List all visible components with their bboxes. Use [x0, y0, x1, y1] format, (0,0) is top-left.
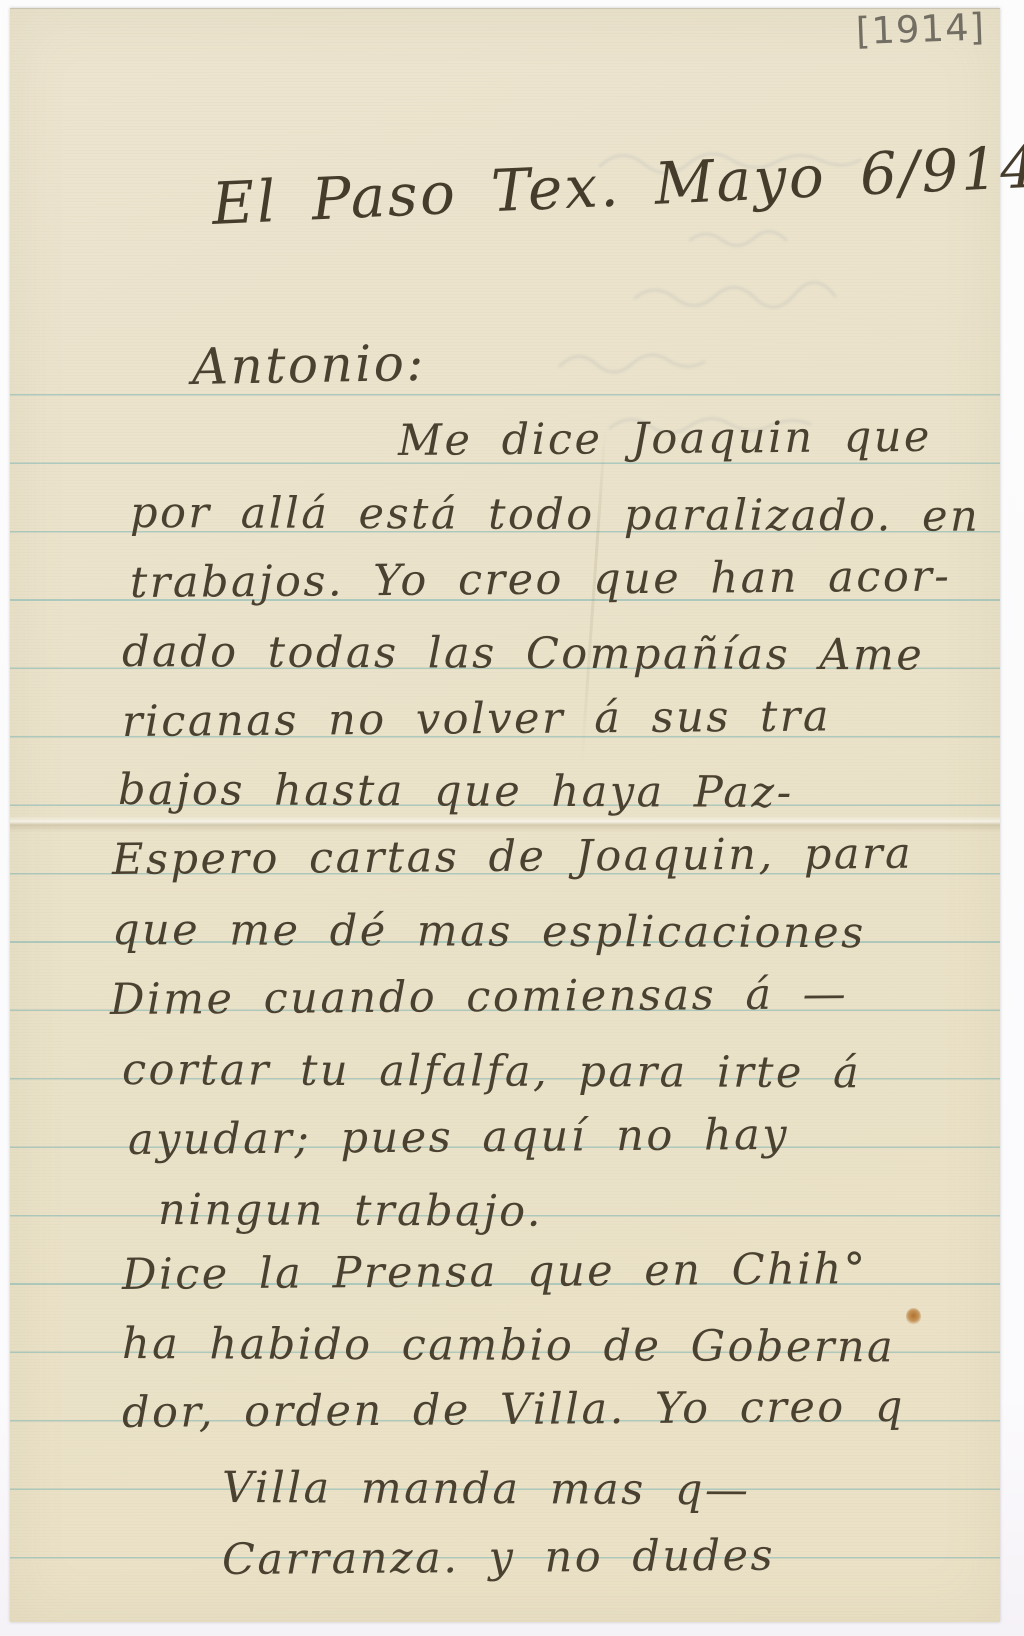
scan-background: [1914] El Paso Tex. Mayo 6/914 Antonio: … — [0, 0, 1024, 1636]
handwritten-line: ayudar; pues aquí no hay — [128, 1110, 789, 1165]
handwritten-line: dado todas las Compañías Ame — [122, 627, 924, 681]
handwritten-line: trabajos. Yo creo que han acor- — [130, 552, 952, 608]
handwritten-line: por allá está todo paralizado. en — [130, 488, 980, 542]
handwritten-line: Villa manda mas q— — [222, 1463, 751, 1515]
handwritten-line: Me dice Joaquin que — [398, 412, 932, 466]
handwritten-line: Dime cuando comiensas á — — [110, 969, 849, 1025]
handwritten-line: Espero cartas de Joaquin, para — [112, 829, 914, 885]
handwritten-line: dor, orden de Villa. Yo creo q — [122, 1382, 905, 1438]
archival-year-annotation: [1914] — [855, 6, 985, 53]
handwritten-line: cortar tu alfalfa, para irte á — [122, 1045, 861, 1098]
handwritten-line: ningun trabajo. — [158, 1185, 543, 1237]
handwritten-line: Dice la Prensa que en Chih° — [122, 1244, 868, 1300]
salutation: Antonio: — [191, 334, 426, 396]
handwritten-line: ricanas no volver á sus tra — [122, 691, 831, 747]
handwritten-line: que me dé mas esplicaciones — [112, 905, 866, 958]
handwritten-line: bajos hasta que haya Paz- — [118, 765, 794, 818]
handwritten-line: Carranza. y no dudes — [222, 1531, 775, 1585]
handwritten-line: ha habido cambio de Goberna — [122, 1319, 895, 1372]
